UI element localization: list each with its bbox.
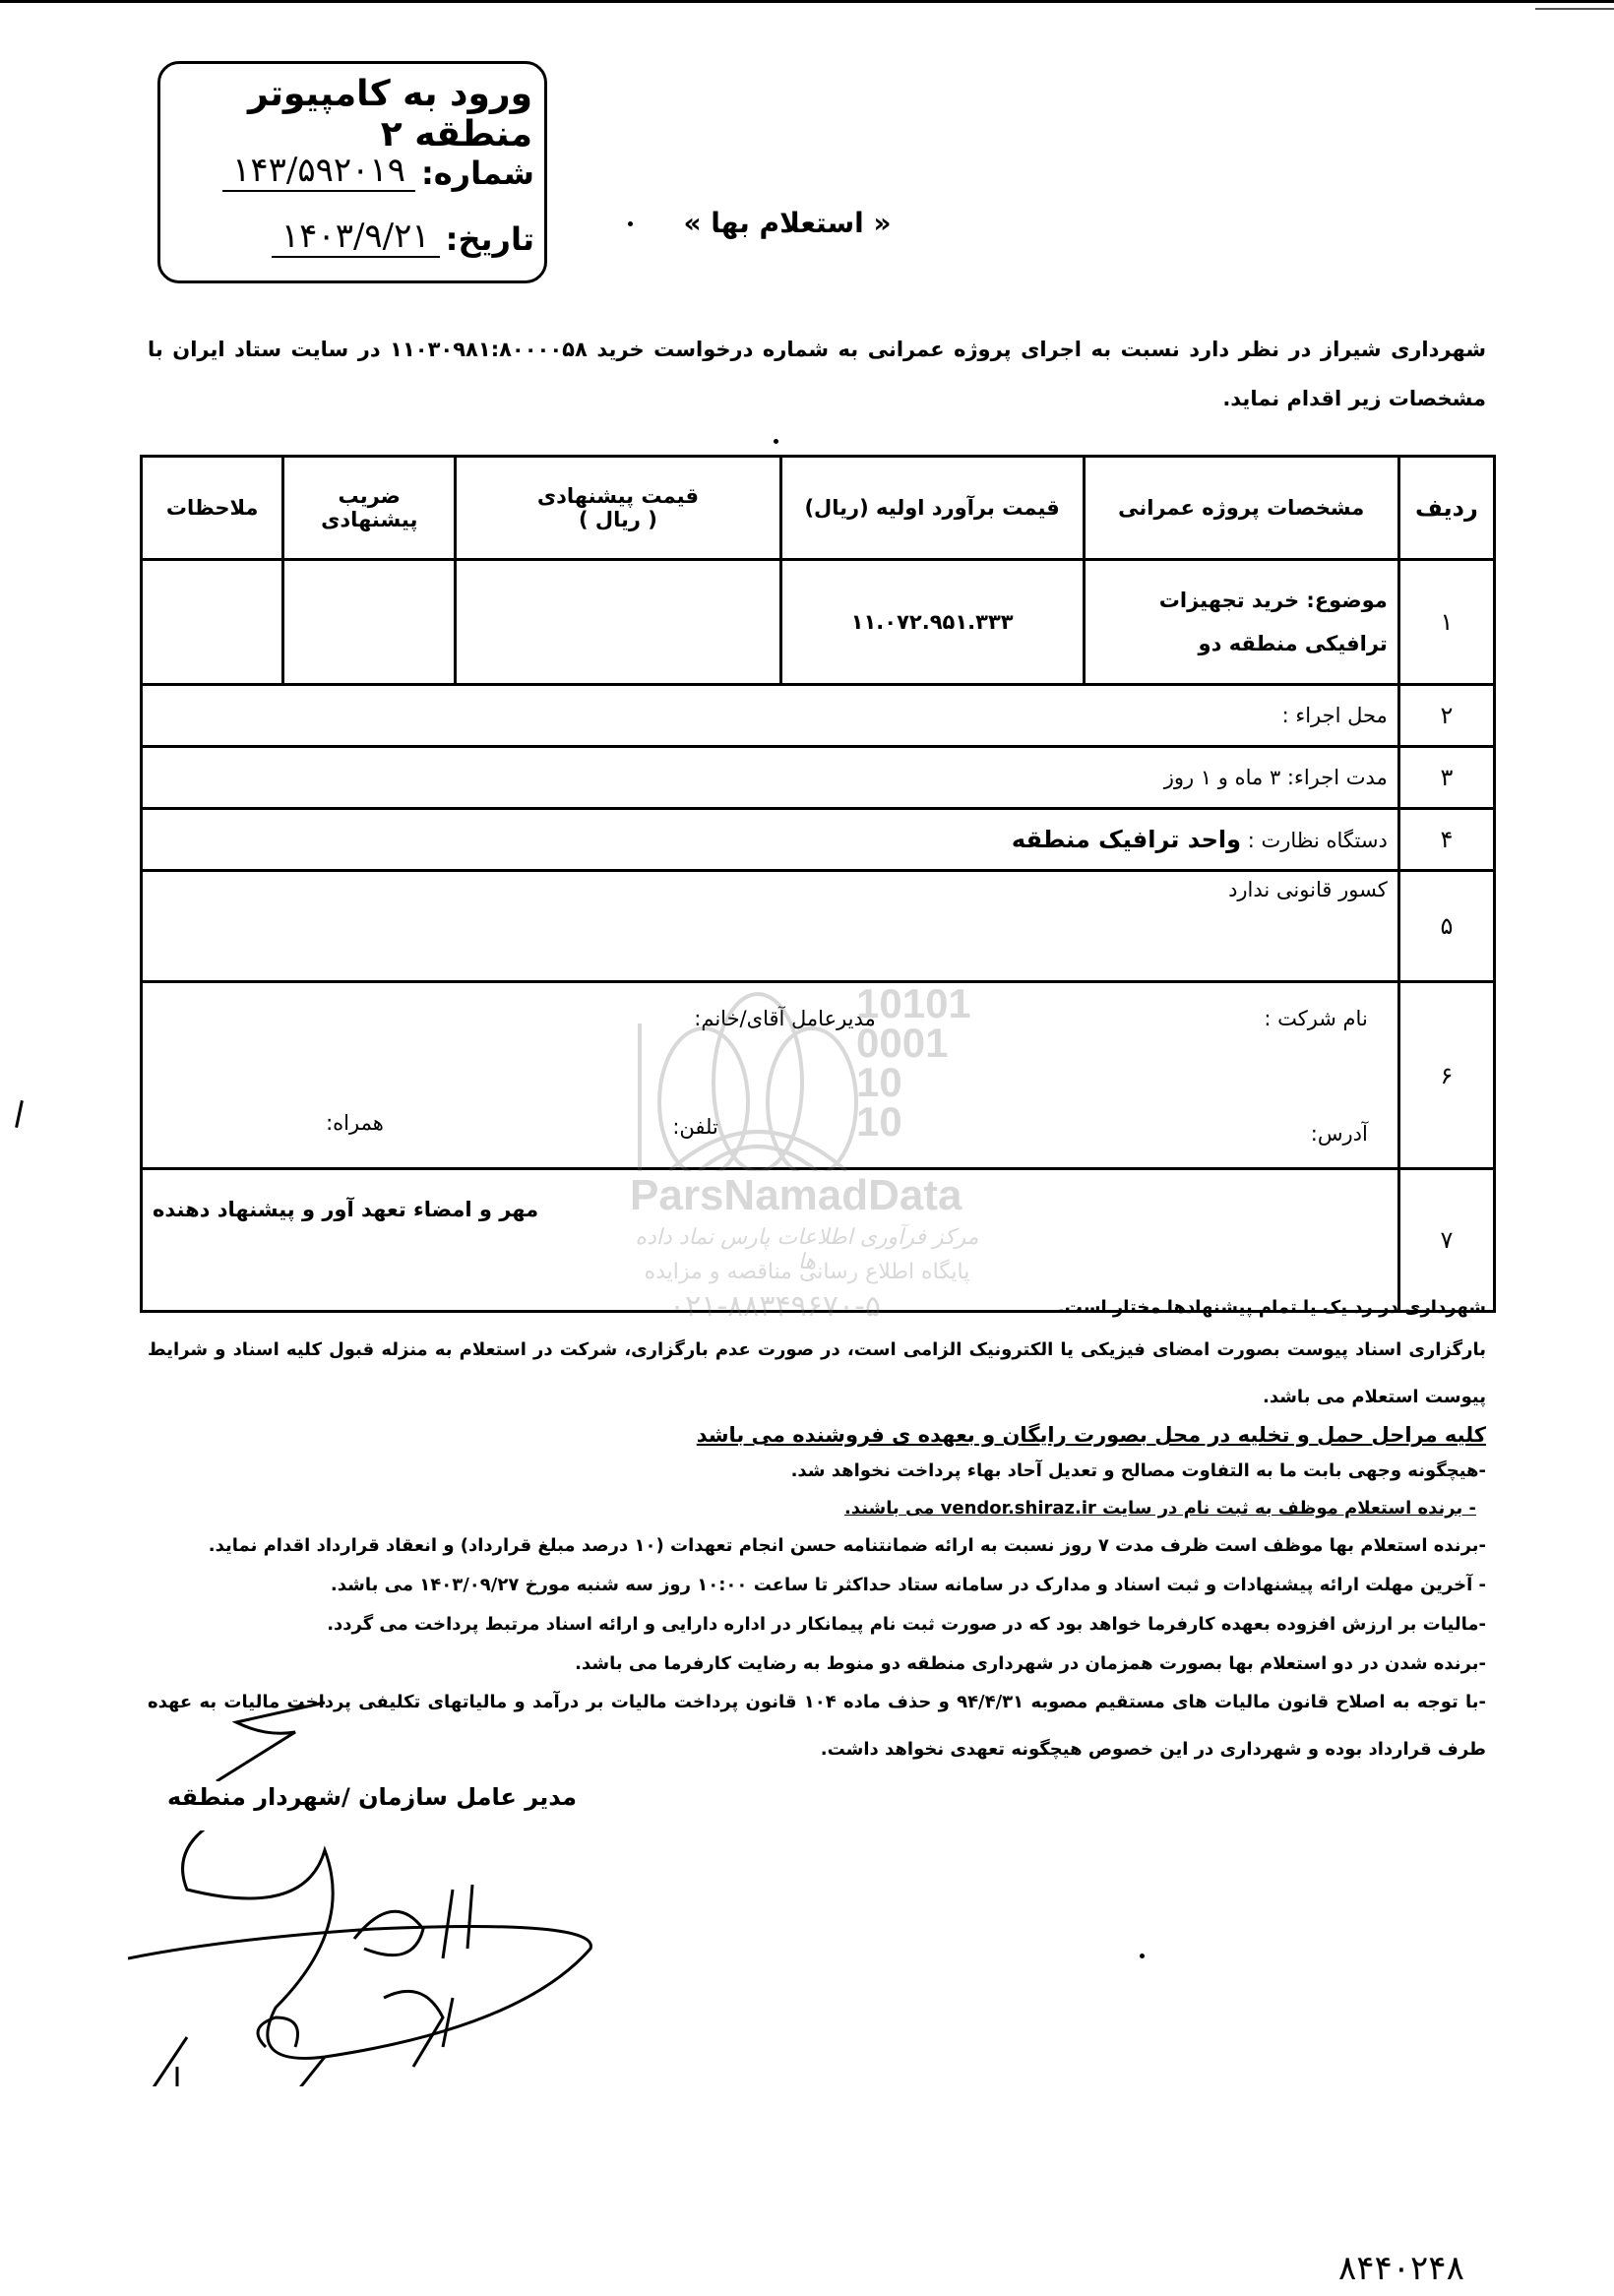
note-item: بارگزاری اسناد پیوست بصورت امضای فیزیکی … <box>148 1327 1486 1421</box>
page-code: ۸۴۴۰۲۴۸ <box>1338 2249 1464 2288</box>
table-row: ۴ دستگاه نظارت : واحد ترافیک منطقه <box>142 809 1495 871</box>
row-estimate: ۱۱.۰۷۲.۹۵۱.۳۳۳ <box>780 560 1084 685</box>
note-item: -با توجه به اصلاح قانون مالیات های مستقی… <box>148 1679 1486 1773</box>
header-remarks: ملاحظات <box>142 457 283 560</box>
header-offer-price: قیمت پیشنهادی ( ریال ) <box>456 457 780 560</box>
row-supervisor: دستگاه نظارت : واحد ترافیک منطقه <box>142 809 1399 871</box>
row-number: ۴ <box>1398 809 1494 871</box>
note-item: -هیچگونه وجهی بابت ما به التفاوت مصالح و… <box>791 1460 1486 1481</box>
signer-title: مدیر عامل سازمان /شهردار منطقه <box>167 1783 577 1811</box>
arrow-mark-icon <box>197 1693 344 1781</box>
stamp-date-label: تاریخ: <box>446 220 534 258</box>
header-row-no: ردیف <box>1398 457 1494 560</box>
mobile-label: همراه: <box>326 1111 384 1135</box>
table-row: ۲ محل اجراء : <box>142 685 1495 747</box>
note-item: -برنده استعلام بها موظف است ظرف مدت ۷ رو… <box>209 1535 1486 1556</box>
phone-label: تلفن: <box>672 1115 717 1139</box>
row-offer-coef <box>283 560 456 685</box>
row-bidder-signature: مهر و امضاء تعهد آور و پیشنهاد دهنده <box>142 1169 1399 1312</box>
stamp-date-row: تاریخ: ۱۴۰۳/۹/۲۱ <box>272 217 534 258</box>
table-header-row: ردیف مشخصات پروژه عمرانی قیمت برآورد اول… <box>142 457 1495 560</box>
table-row: ۱ موضوع: خرید تجهیزات ترافیکی منطقه دو ۱… <box>142 560 1495 685</box>
header-offer-price-line1: قیمت پیشنهادی <box>466 484 769 508</box>
note-item: شهرداری در رد یک یا تمام پیشنهادها مختار… <box>1058 1297 1486 1318</box>
table-row: ۵ کسور قانونی ندارد <box>142 871 1495 982</box>
header-offer-coef-line1: ضریب <box>294 484 444 508</box>
row-offer-price <box>456 560 780 685</box>
header-offer-coef-line2: پیشنهادی <box>294 508 444 531</box>
company-name-label: نام شرکت : <box>1264 1007 1367 1030</box>
inquiry-table: ردیف مشخصات پروژه عمرانی قیمت برآورد اول… <box>140 455 1496 1313</box>
row-number: ۲ <box>1398 685 1494 747</box>
ceo-label: مدیرعامل آقای/خانم: <box>694 1007 876 1030</box>
note-item: -برنده شدن در دو استعلام بها بصورت همزما… <box>575 1653 1486 1674</box>
scan-speck <box>774 439 778 444</box>
row-number: ۳ <box>1398 747 1494 809</box>
scan-edge-mark <box>1535 8 1614 10</box>
scan-top-edge <box>0 0 1614 3</box>
row-number: ۶ <box>1398 982 1494 1169</box>
row-number: ۵ <box>1398 871 1494 982</box>
note-item: - آخرین مهلت ارائه پیشنهادات و ثبت اسناد… <box>331 1575 1486 1595</box>
supervisor-value: واحد ترافیک منطقه <box>1012 826 1241 853</box>
address-label: آدرس: <box>1311 1122 1368 1146</box>
table-row: ۶ نام شرکت : مدیرعامل آقای/خانم: آدرس: ت… <box>142 982 1495 1169</box>
header-initial-estimate-label: قیمت برآورد اولیه (ریال) <box>804 496 1059 520</box>
table-row: ۷ مهر و امضاء تعهد آور و پیشنهاد دهنده <box>142 1169 1495 1312</box>
row-duration: مدت اجراء: ۳ ماه و ۱ روز <box>142 747 1399 809</box>
note-item-emphasis: کلیه مراحل حمل و تخلیه در محل بصورت رایگ… <box>697 1423 1486 1447</box>
document-title: « استعلام بها » <box>679 207 896 239</box>
scan-speck <box>1140 1954 1145 1958</box>
row-contractor-info: نام شرکت : مدیرعامل آقای/خانم: آدرس: تلف… <box>142 982 1399 1169</box>
header-offer-coef: ضریب پیشنهادی <box>283 457 456 560</box>
header-offer-price-line2: ( ریال ) <box>466 508 769 531</box>
row-deductions: کسور قانونی ندارد <box>142 871 1399 982</box>
scan-speck <box>628 221 633 226</box>
stamp-number-label: شماره: <box>421 155 534 192</box>
handwritten-signature-icon <box>128 1831 600 2086</box>
stamp-number-value: ۱۴۳/۵۹۲۰۱۹ <box>222 151 415 192</box>
intro-paragraph: شهرداری شیراز در نظر دارد نسبت به اجرای … <box>148 325 1486 423</box>
stamp-date-value: ۱۴۰۳/۹/۲۱ <box>272 217 440 258</box>
row-remarks <box>142 560 283 685</box>
note-item: -مالیات بر ارزش افزوده بعهده کارفرما خوا… <box>327 1614 1486 1635</box>
registration-stamp: ورود به کامپیوتر منطقه ۲ شماره: ۱۴۳/۵۹۲۰… <box>157 61 547 283</box>
row-number: ۱ <box>1398 560 1494 685</box>
row-subject: موضوع: خرید تجهیزات ترافیکی منطقه دو <box>1084 560 1398 685</box>
supervisor-label: دستگاه نظارت : <box>1241 829 1388 852</box>
header-specs: مشخصات پروژه عمرانی <box>1084 457 1398 560</box>
note-item-vendor-link: - برنده استعلام موظف به ثبت نام در سایت … <box>844 1498 1476 1519</box>
margin-mark <box>15 1100 24 1128</box>
stamp-number-row: شماره: ۱۴۳/۵۹۲۰۱۹ <box>222 151 534 192</box>
table-row: ۳ مدت اجراء: ۳ ماه و ۱ روز <box>142 747 1495 809</box>
header-initial-estimate: قیمت برآورد اولیه (ریال) <box>780 457 1084 560</box>
stamp-title: ورود به کامپیوتر منطقه ۲ <box>160 74 532 155</box>
row-location: محل اجراء : <box>142 685 1399 747</box>
row-number: ۷ <box>1398 1169 1494 1312</box>
